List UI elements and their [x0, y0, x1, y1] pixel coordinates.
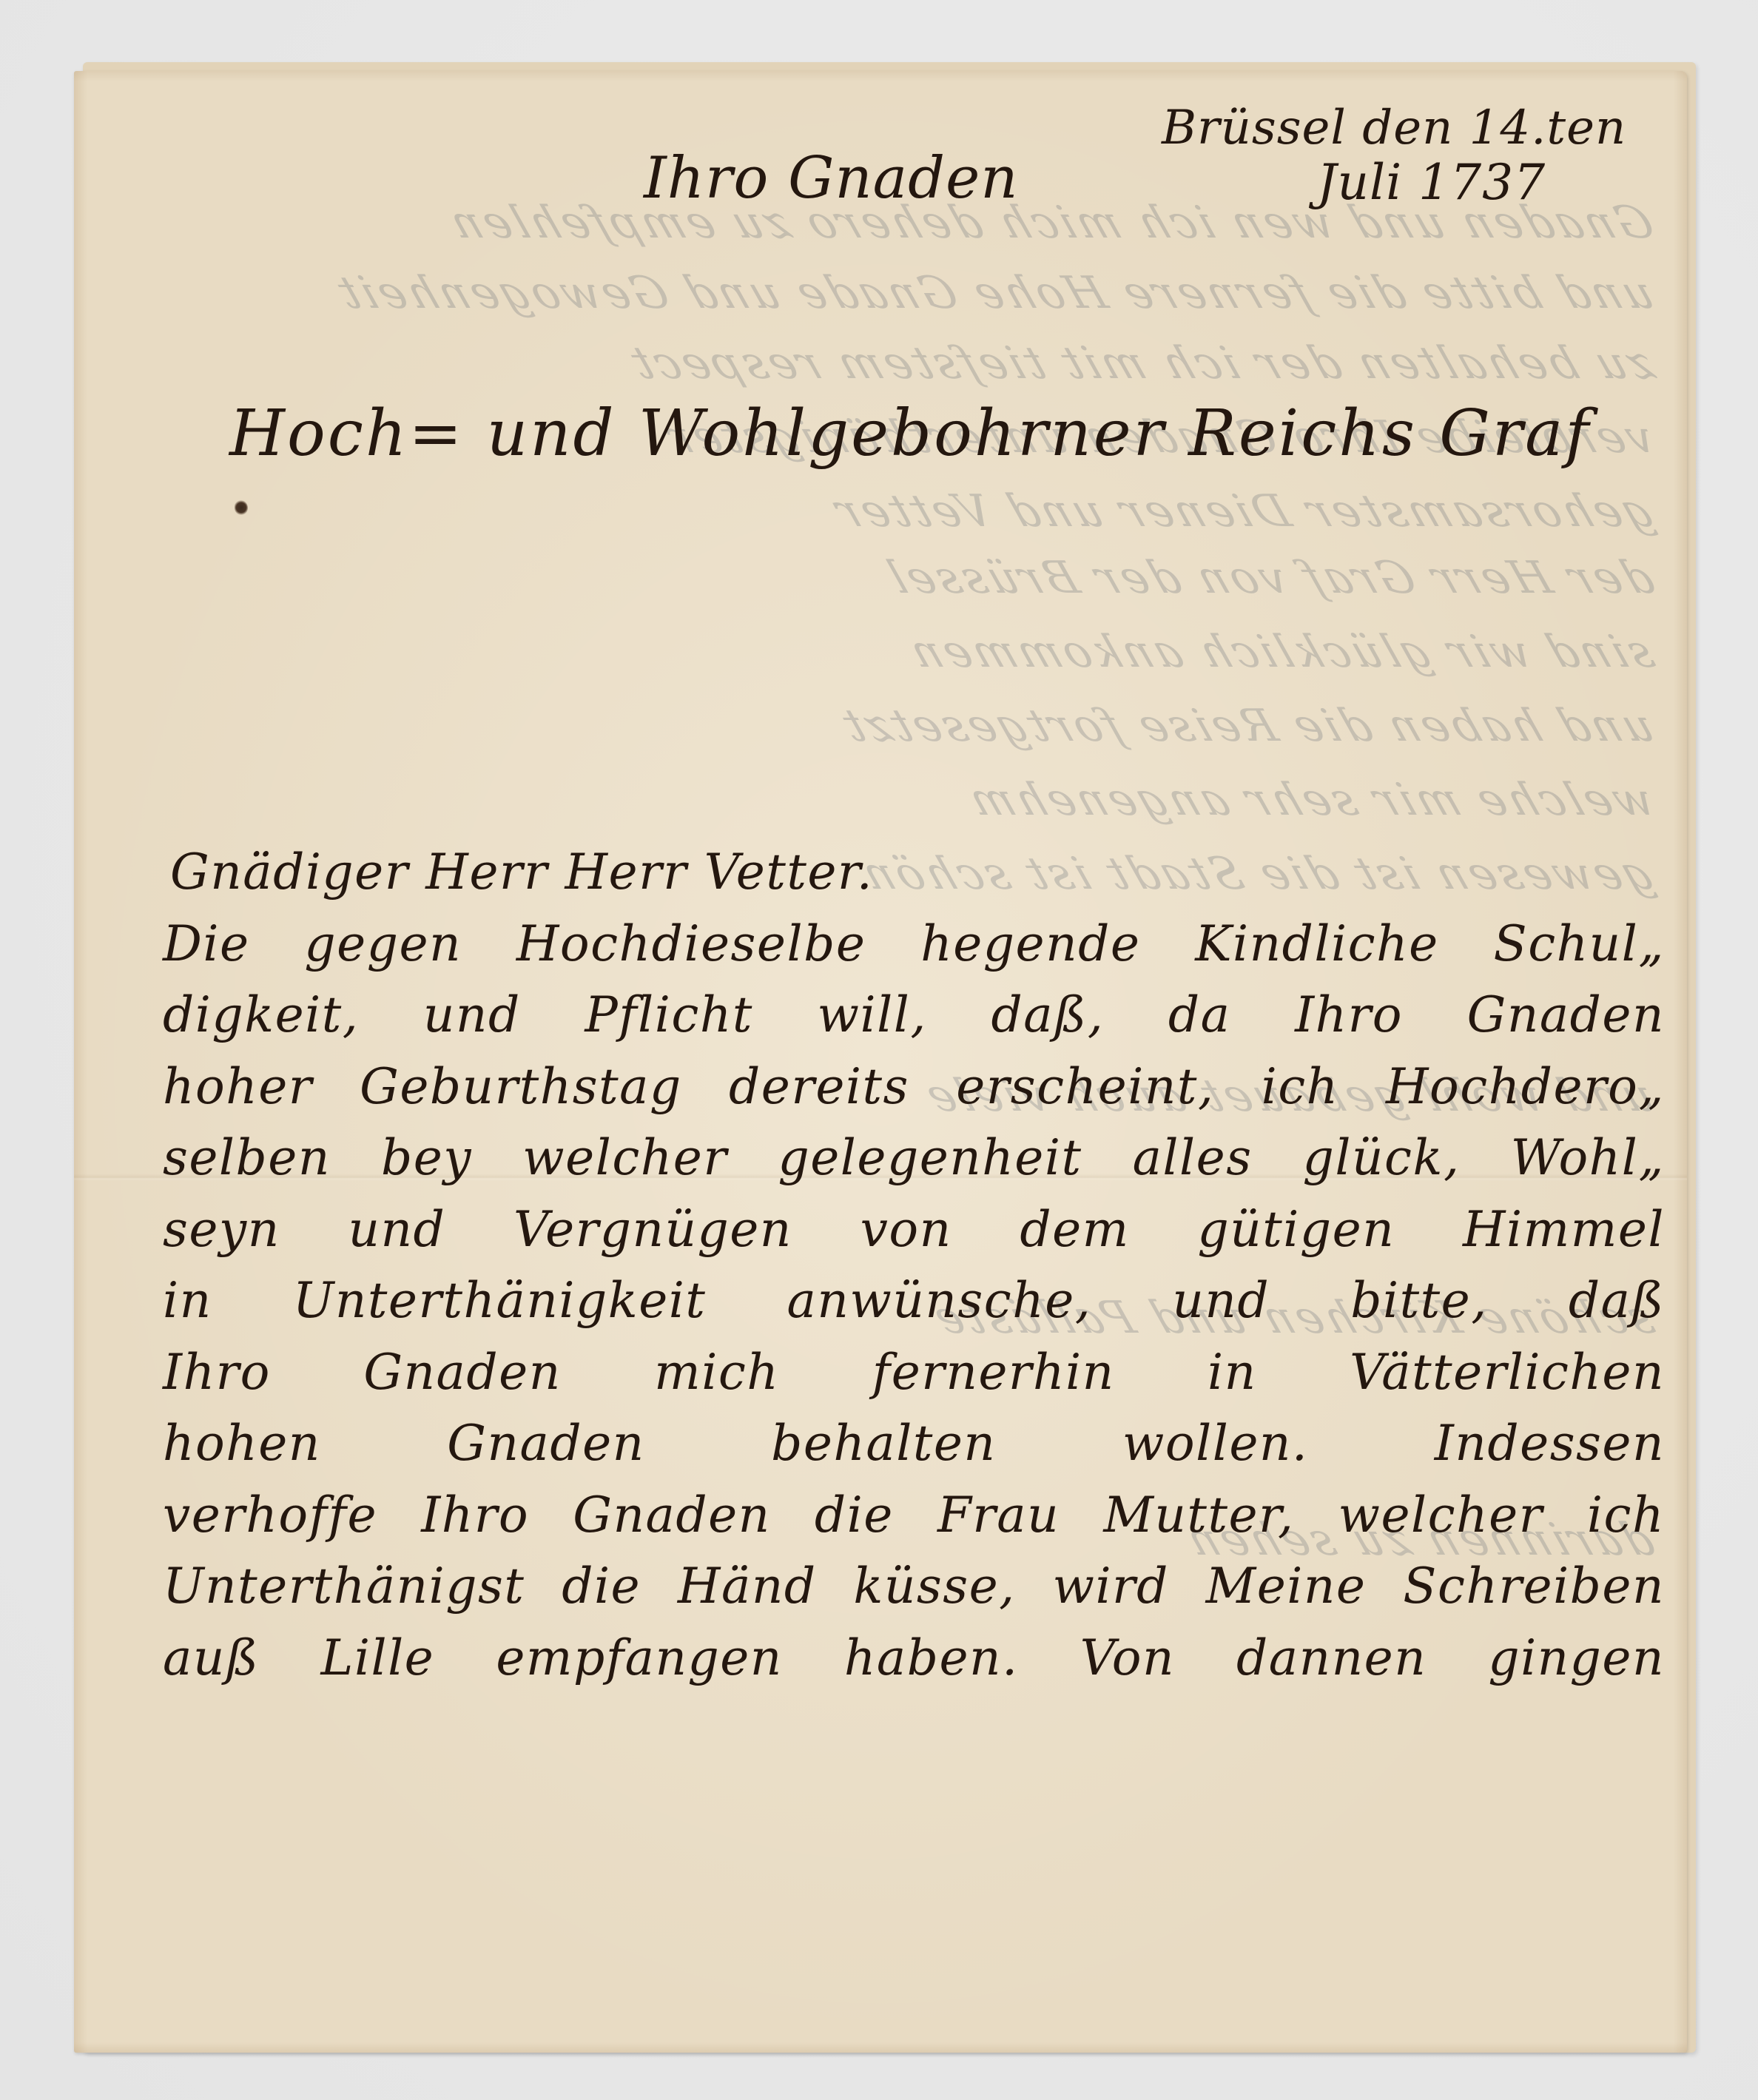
body-line: Gnädiger Herr Herr Vetter.: [170, 837, 1665, 909]
body-line: seyn und Vergnügen von dem gütigen Himme…: [163, 1194, 1665, 1266]
body-line: auß Lille empfangen haben. Von dannen gi…: [163, 1623, 1665, 1695]
letter-header-title: Ihro Gnaden: [644, 145, 1018, 212]
letter-body: Gnädiger Herr Herr Vetter. Die gegen Hoc…: [163, 837, 1665, 1694]
body-line: selben bey welcher gelegenheit alles glü…: [163, 1123, 1665, 1194]
bleed-line: sind wir glücklich ankommen: [133, 626, 1643, 627]
letter-place: Brüssel den 14.ten: [1162, 101, 1626, 155]
ink-blot: [235, 500, 248, 515]
body-line: digkeit, und Pflicht will, daß, da Ihro …: [163, 980, 1665, 1051]
body-line: in Unterthänigkeit anwünsche, und bitte,…: [163, 1265, 1665, 1337]
letter-salutation: Hoch= und Wohlgebohrner Reichs Graf: [229, 397, 1591, 471]
bleed-line: welche mir sehr angenehm: [133, 774, 1643, 775]
bleed-line: zu behalten der ich mit tiefstem respect: [133, 337, 1643, 339]
bleed-line: und haben die Reise fortgesetzt: [133, 700, 1643, 701]
bleed-line: gehorsamster Diener und Vetter: [133, 485, 1643, 487]
bleed-line: und bitte die fernere Hohe Gnade und Gew…: [133, 267, 1643, 269]
letter-date: Juli 1737: [1317, 154, 1546, 211]
body-line: hoher Geburthstag dereits erscheint, ich…: [163, 1051, 1665, 1123]
body-line: Die gegen Hochdieselbe hegende Kindliche…: [163, 909, 1665, 980]
letter-page: Gnaden und wen ich mich dehero zu empfeh…: [74, 71, 1687, 2053]
body-line: Unterthänigst die Händ küsse, wird Meine…: [163, 1551, 1665, 1623]
body-line: hohen Gnaden behalten wollen. Indessen: [163, 1408, 1665, 1480]
body-line: Ihro Gnaden mich fernerhin in Vätterlich…: [163, 1337, 1665, 1409]
body-line: verhoffe Ihro Gnaden die Frau Mutter, we…: [163, 1480, 1665, 1552]
bleed-line: der Herr Graf von der Brüssel: [133, 552, 1643, 553]
